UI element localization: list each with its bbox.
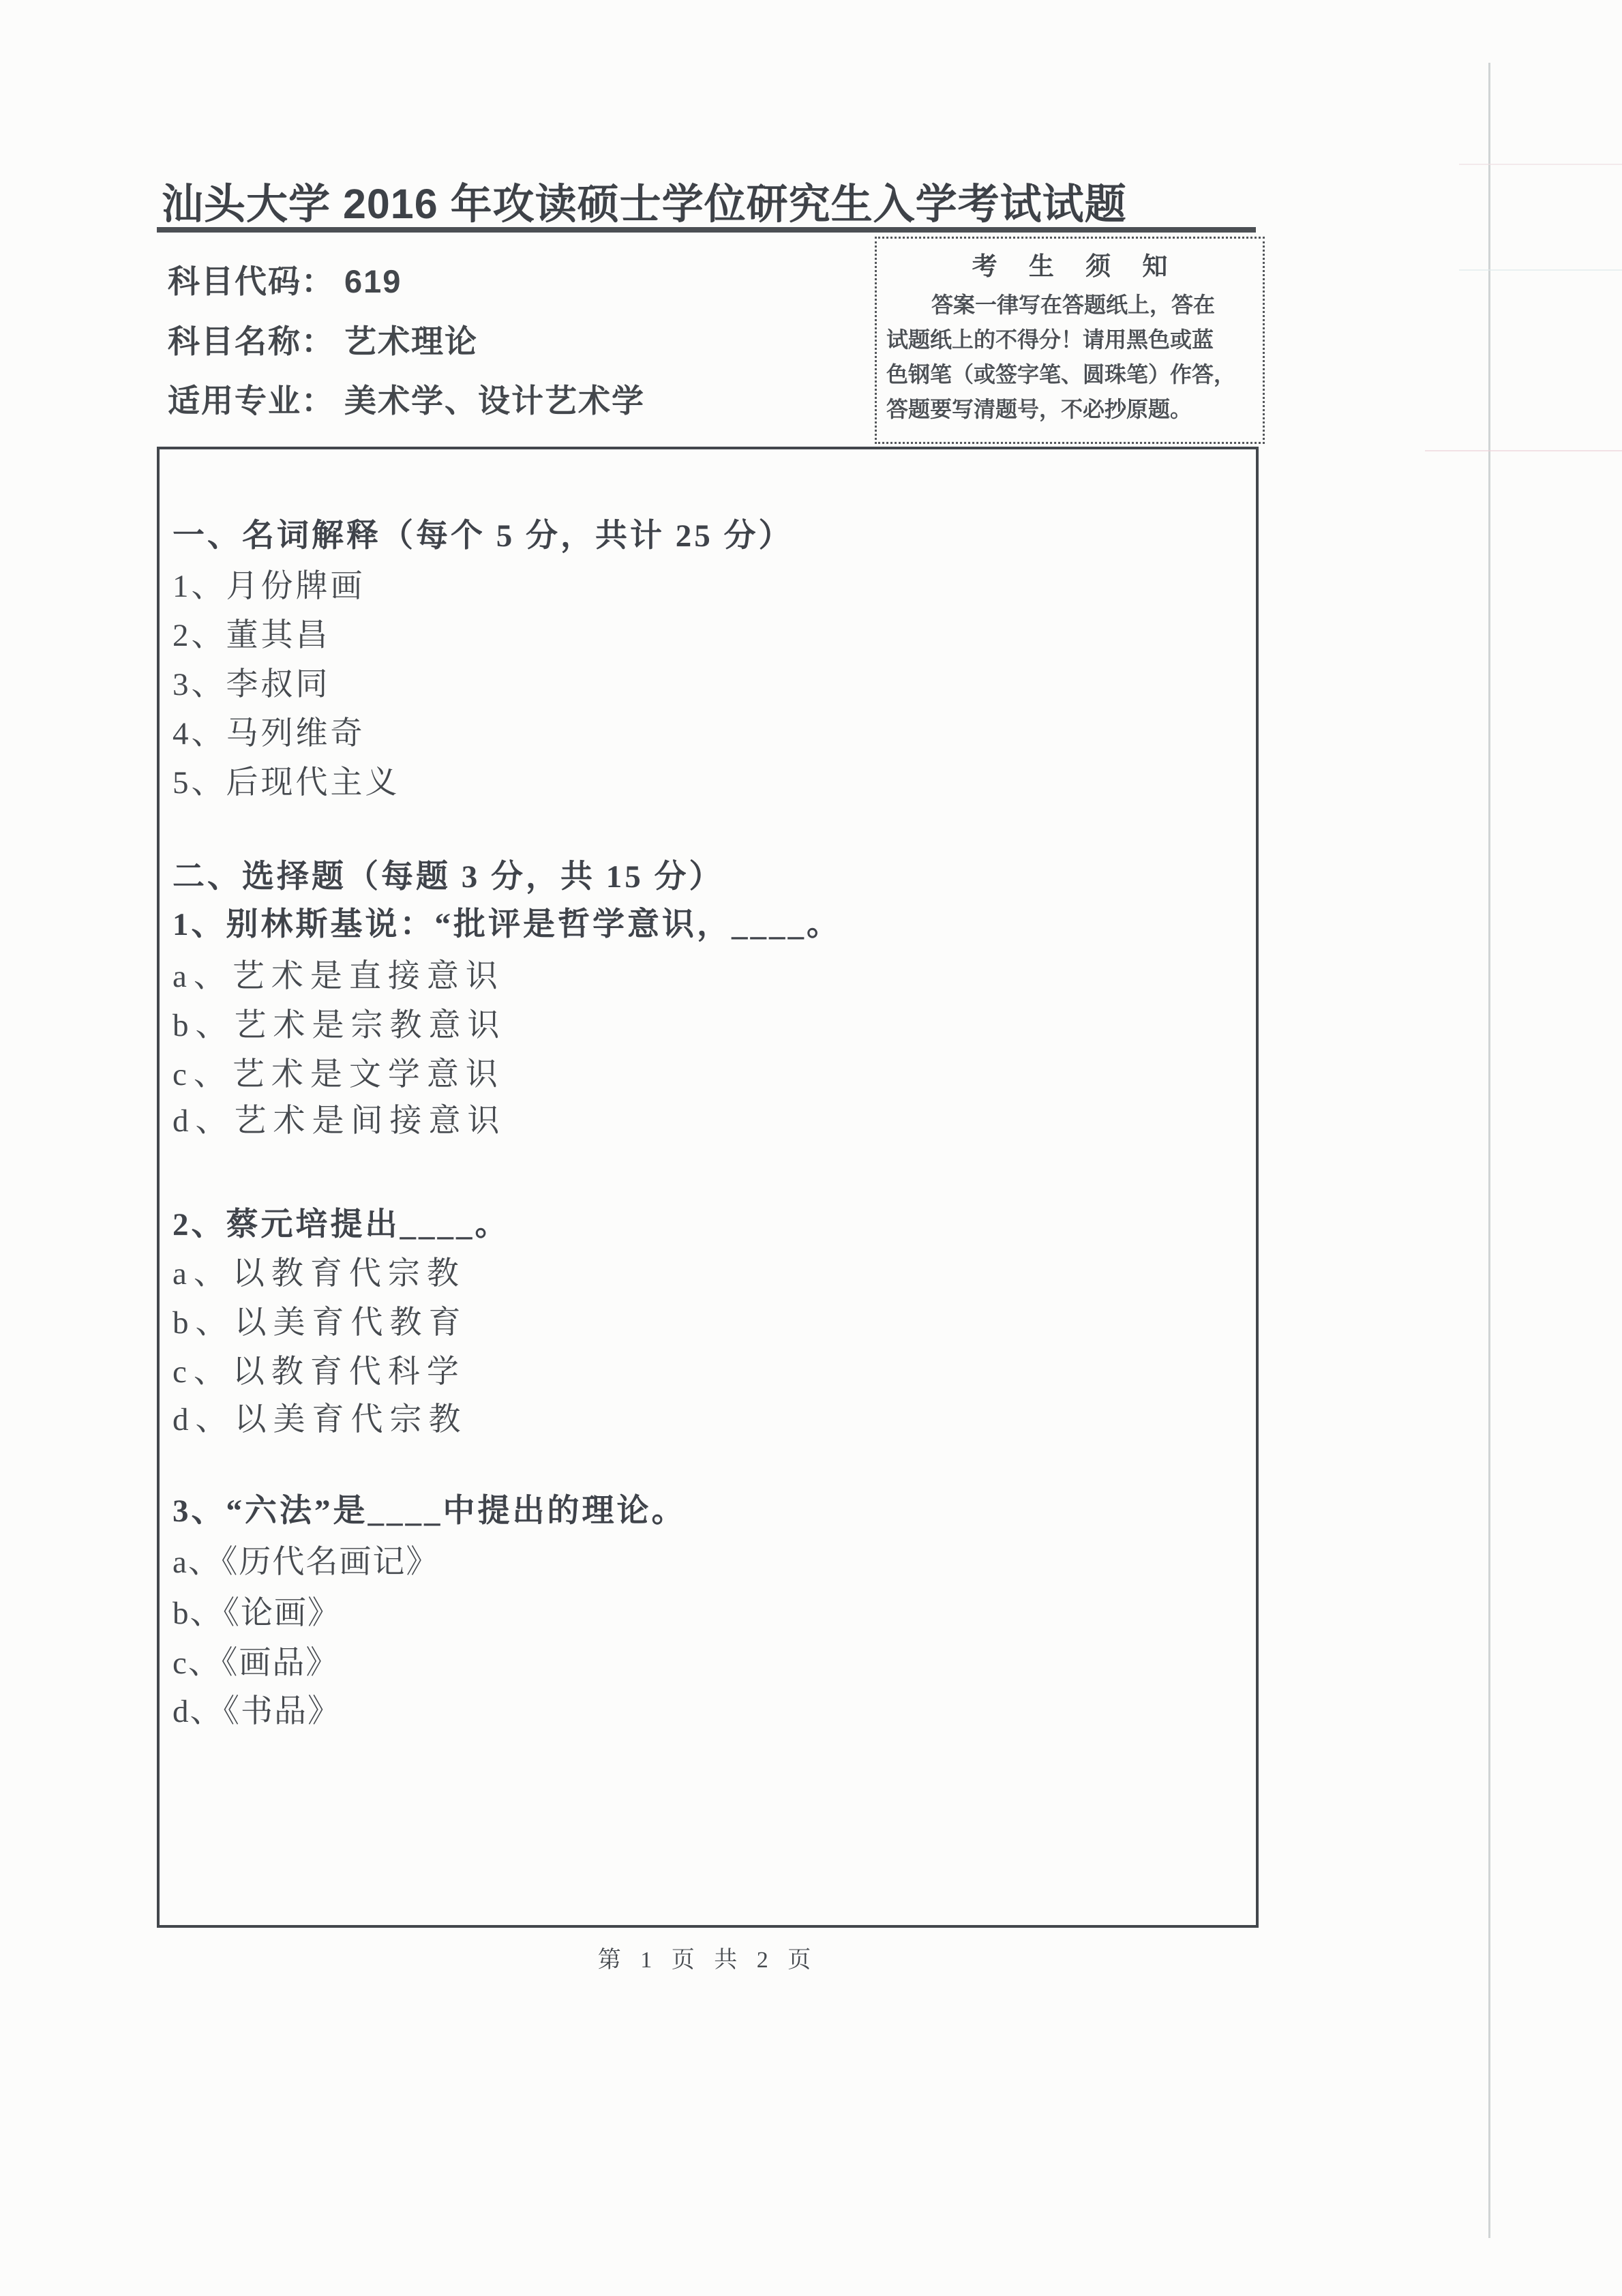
applicable-major-row: 适用专业：美术学、设计艺术学 [168,376,645,421]
question-1-option-b: b、艺术是宗教意识 [172,1000,507,1045]
section-1-heading: 一、名词解释（每个 5 分，共计 25 分） [172,510,794,556]
term-item: 2、董其昌 [172,610,331,655]
question-2-option-b: b、以美育代教育 [172,1297,468,1343]
question-3-stem: 3、“六法”是____中提出的理论。 [172,1485,687,1531]
term-item: 1、月份牌画 [172,561,365,606]
subject-code-row: 科目代码：619 [168,256,402,302]
candidate-notice-box: 考 生 须 知 答案一律写在答题纸上，答在 试题纸上的不得分！请用黑色或蓝 色钢… [875,237,1265,444]
exam-paper-page: 汕头大学 2016 年攻读硕士学位研究生入学考试试题 科目代码：619 科目名称… [0,0,1622,2296]
question-2-option-d: d、以美育代宗教 [172,1394,468,1440]
question-3-option-c: c、《画品》 [172,1637,339,1683]
applicable-major-value: 美术学、设计艺术学 [344,383,645,419]
page-number: 第 1 页 共 2 页 [157,1941,1259,1974]
question-2-stem: 2、蔡元培提出____。 [172,1199,510,1244]
scan-artifact-line [1425,450,1622,451]
question-3-option-a: a、《历代名画记》 [172,1536,439,1582]
scan-artifact-line [1459,269,1622,271]
notice-line: 答案一律写在答题纸上，答在 [886,288,1256,323]
subject-name-label: 科目名称： [168,323,335,359]
notice-body: 答案一律写在答题纸上，答在 试题纸上的不得分！请用黑色或蓝 色钢笔（或签字笔、圆… [877,282,1263,427]
question-1-option-d: d、艺术是间接意识 [172,1095,507,1141]
question-2-option-c: c、以教育代科学 [172,1346,466,1392]
question-3-option-d: d、《书品》 [172,1686,341,1731]
term-item: 5、后现代主义 [172,757,400,803]
notice-line: 试题纸上的不得分！请用黑色或蓝 [886,323,1256,357]
term-item: 4、马列维奇 [172,708,365,754]
scan-artifact-line [1459,164,1622,165]
section-2-heading: 二、选择题（每题 3 分，共 15 分） [172,851,724,897]
question-1-option-a: a、艺术是直接意识 [172,951,505,996]
applicable-major-label: 适用专业： [168,383,335,419]
notice-title: 考 生 须 知 [877,245,1263,282]
question-1-option-c: c、艺术是文学意识 [172,1049,505,1094]
term-item: 3、李叔同 [172,659,331,704]
subject-name-value: 艺术理论 [344,323,478,359]
question-3-option-b: b、《论画》 [172,1587,341,1633]
question-2-option-a: a、以教育代宗教 [172,1248,466,1294]
subject-name-row: 科目名称：艺术理论 [168,316,478,362]
header-rule [157,227,1256,233]
notice-line: 色钢笔（或签字笔、圆珠笔）作答， [886,357,1256,392]
notice-line: 答题要写清题号，不必抄原题。 [886,392,1256,427]
page-title: 汕头大学 2016 年攻读硕士学位研究生入学考试试题 [162,171,1266,230]
subject-code-label: 科目代码： [168,263,335,299]
scan-artifact-vertical-line [1488,63,1490,2238]
subject-code-value: 619 [344,263,402,299]
question-1-stem: 1、别林斯基说：“批评是哲学意识，____。 [172,899,841,944]
